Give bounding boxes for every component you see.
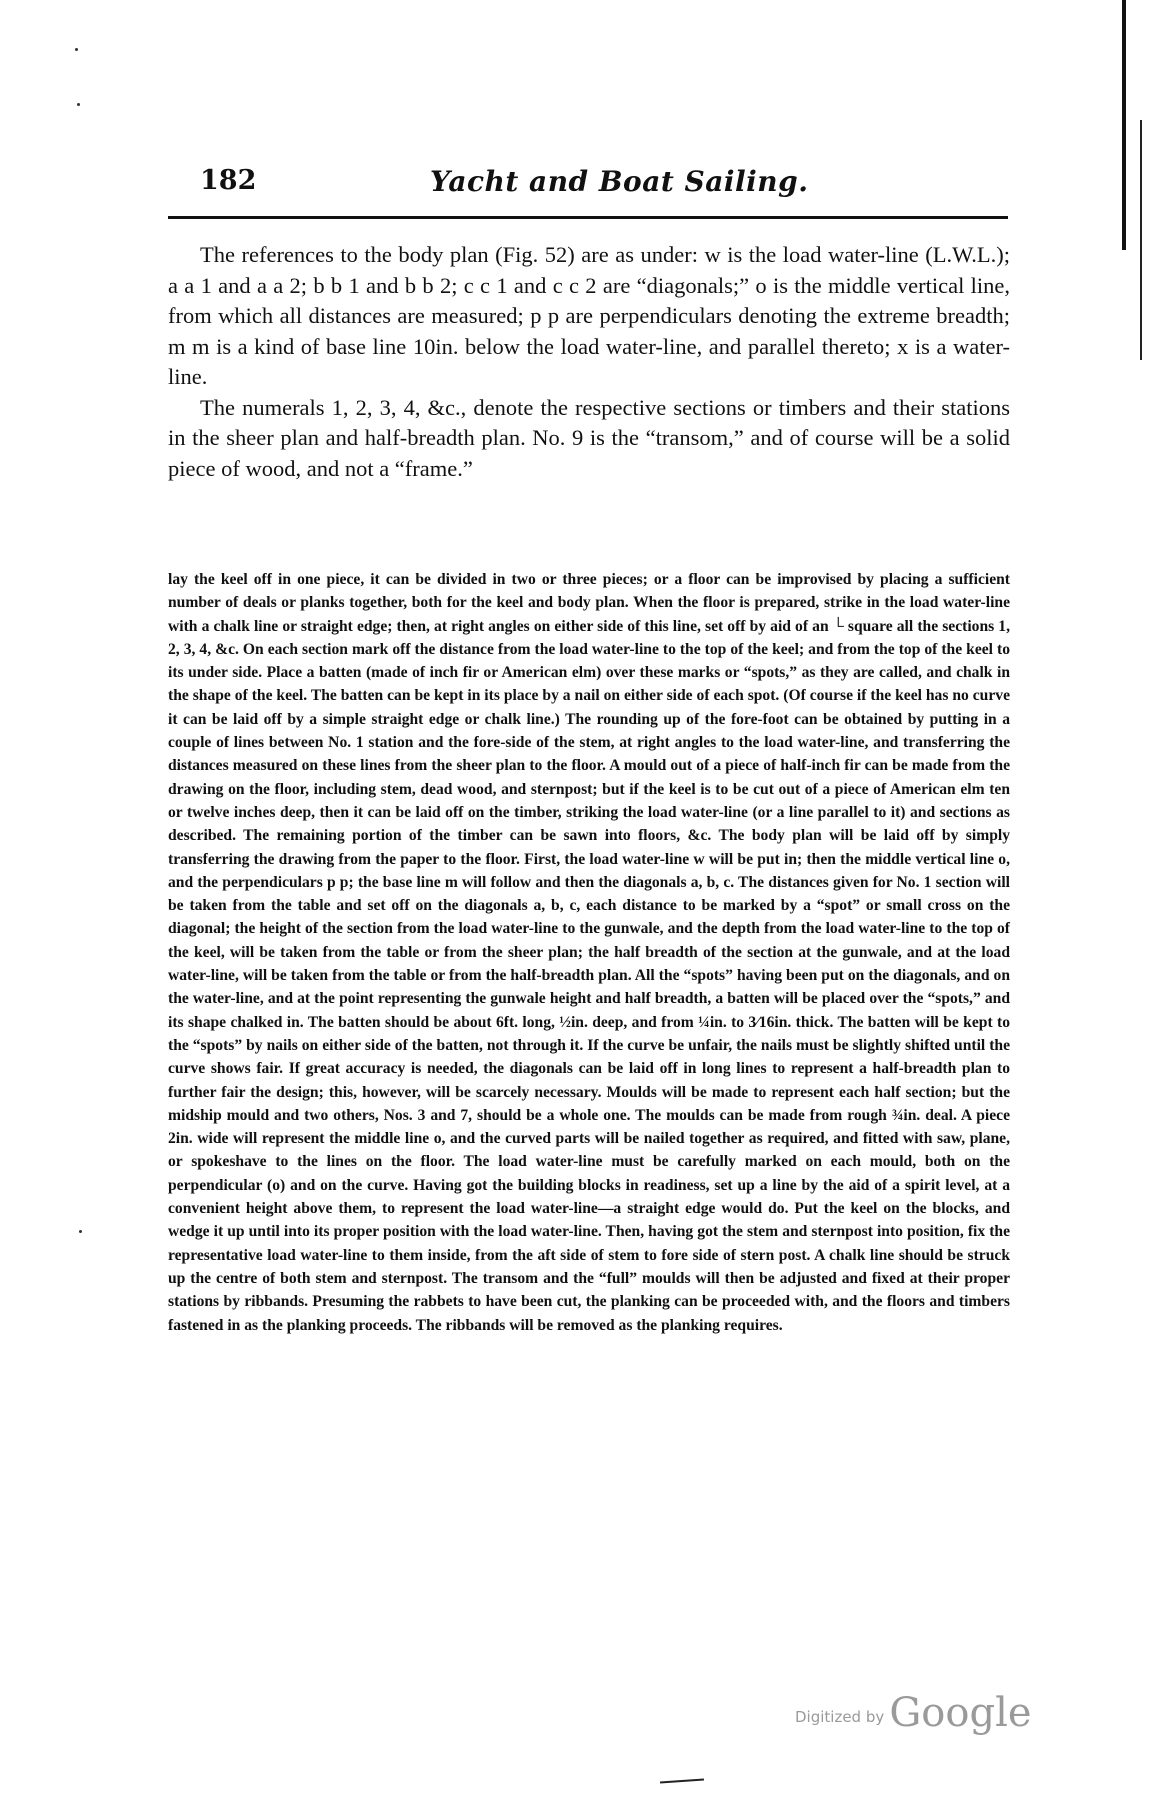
ink-mark (660, 1778, 704, 1783)
paragraph-body-plan-references: The references to the body plan (Fig. 52… (168, 240, 1010, 393)
scan-speck (75, 48, 78, 51)
page-header: 182 Yacht and Boat Sailing. (200, 165, 940, 205)
digitized-by-google-watermark: Digitized by Google (795, 1690, 1032, 1736)
watermark-prefix: Digitized by (795, 1708, 884, 1726)
footnote-block: lay the keel off in one piece, it can be… (168, 568, 1010, 1337)
scan-speck (79, 1230, 82, 1233)
running-title: Yacht and Boat Sailing. (430, 165, 809, 198)
scan-edge-mark (1122, 0, 1126, 250)
scan-edge-mark-secondary (1140, 120, 1142, 360)
scan-speck (77, 103, 80, 106)
body-text: The references to the body plan (Fig. 52… (168, 240, 1010, 484)
footnote-paragraph: lay the keel off in one piece, it can be… (168, 568, 1010, 1337)
page-number: 182 (200, 165, 256, 196)
header-rule (168, 216, 1008, 219)
paragraph-numerals: The numerals 1, 2, 3, 4, &c., denote the… (168, 393, 1010, 485)
google-logo: Google (889, 1690, 1031, 1736)
